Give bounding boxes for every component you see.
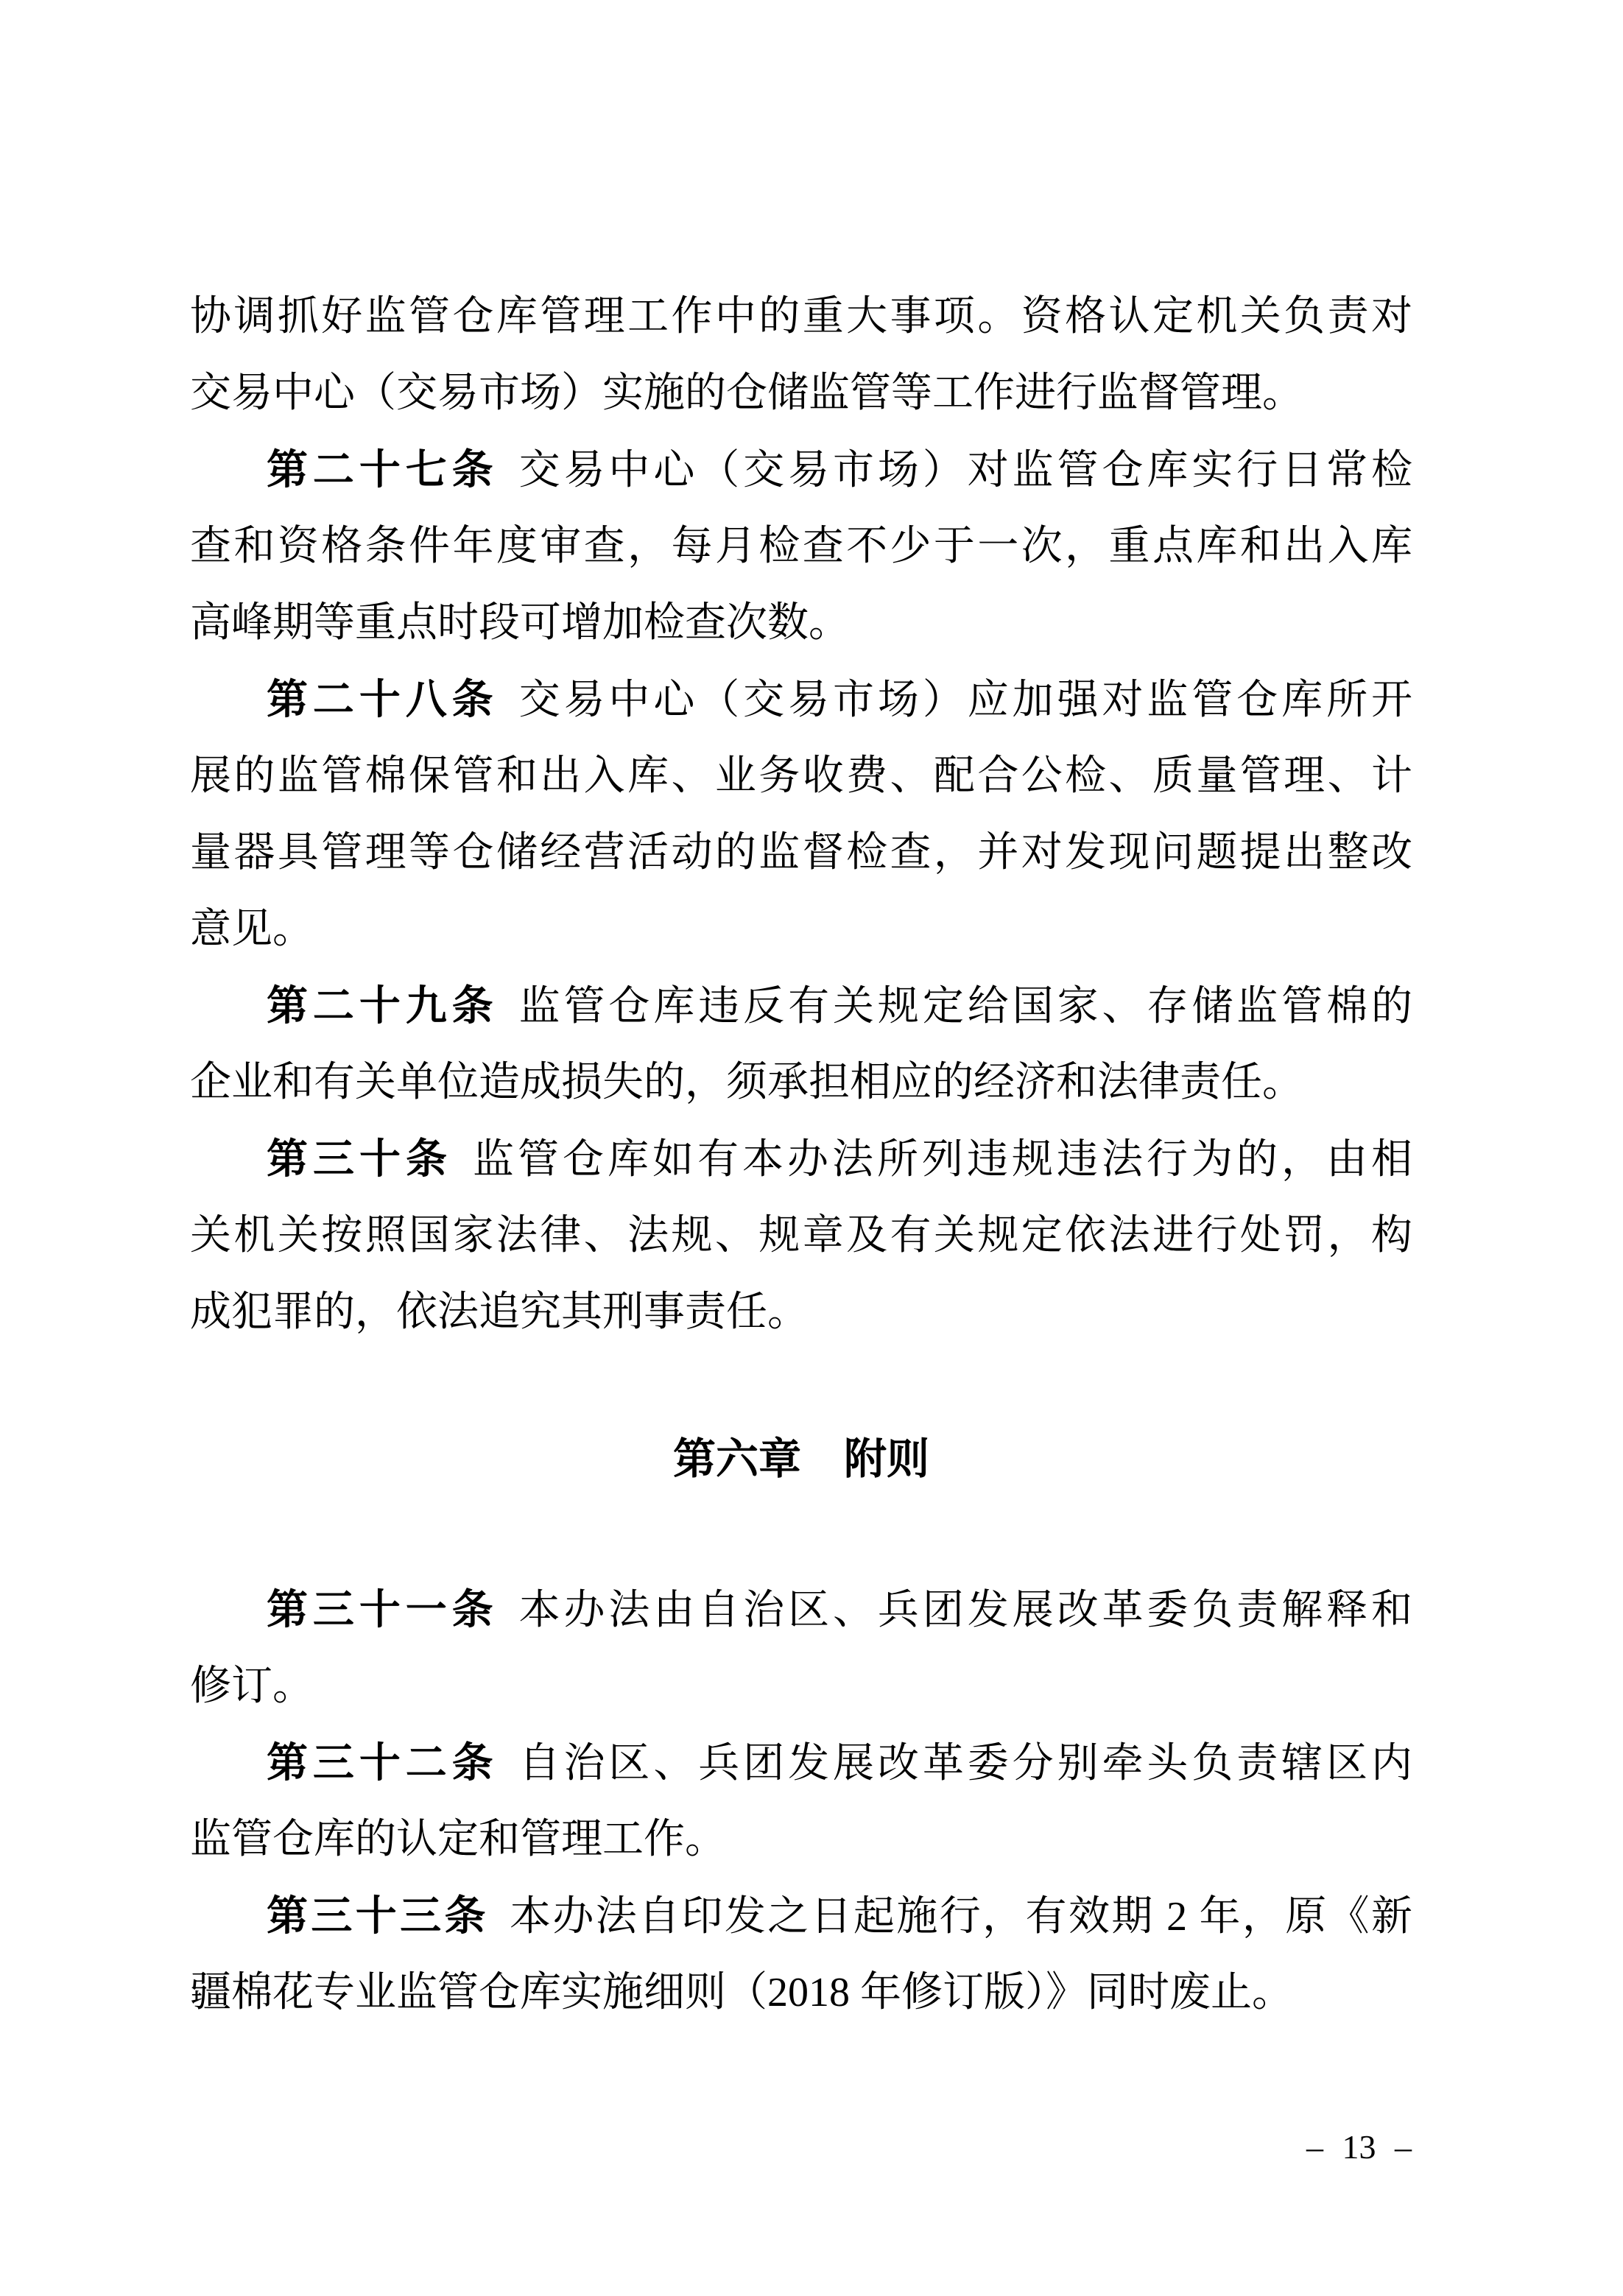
document-body: 协调抓好监管仓库管理工作中的重大事项。资格认定机关负责对交易中心（交易市场）实施… [190, 278, 1412, 2031]
body-line: 监管仓库的认定和管理工作。 [190, 1801, 1412, 1878]
article-first-line: 第二十七条交易中心（交易市场）对监管仓库实行日常检 [190, 432, 1412, 508]
article-number-label: 第三十三条 [267, 1892, 489, 1939]
article-first-line: 第三十三条本办法自印发之日起施行，有效期 2 年，原《新 [190, 1878, 1412, 1954]
page-number: – 13 – [1306, 2124, 1412, 2171]
body-line: 关机关按照国家法律、法规、规章及有关规定依法进行处罚，构 [190, 1197, 1412, 1274]
article-first-line: 第三十一条本办法由自治区、兵团发展改革委负责解释和 [190, 1571, 1412, 1648]
body-line: 交易中心（交易市场）实施的仓储监管等工作进行监督管理。 [190, 355, 1412, 432]
body-line: 修订。 [190, 1648, 1412, 1725]
document-page: 协调抓好监管仓库管理工作中的重大事项。资格认定机关负责对交易中心（交易市场）实施… [0, 0, 1623, 2296]
article-number-label: 第二十七条 [267, 446, 499, 493]
article-number-label: 第三十一条 [267, 1586, 499, 1633]
article-first-line: 第二十九条监管仓库违反有关规定给国家、存储监管棉的 [190, 968, 1412, 1044]
body-line: 疆棉花专业监管仓库实施细则（2018 年修订版）》同时废止。 [190, 1954, 1412, 2031]
body-line: 高峰期等重点时段可增加检查次数。 [190, 585, 1412, 661]
body-line: 量器具管理等仓储经营活动的监督检查，并对发现问题提出整改 [190, 814, 1412, 891]
article-first-line: 第三十条监管仓库如有本办法所列违规违法行为的，由相 [190, 1121, 1412, 1197]
body-line: 协调抓好监管仓库管理工作中的重大事项。资格认定机关负责对 [190, 278, 1412, 355]
body-line: 意见。 [190, 891, 1412, 968]
article-number-label: 第三十条 [267, 1135, 452, 1182]
article-number-label: 第三十二条 [267, 1739, 499, 1786]
article-first-line: 第三十二条自治区、兵团发展改革委分别牵头负责辖区内 [190, 1725, 1412, 1801]
chapter-heading: 第六章 附则 [190, 1421, 1412, 1498]
article-number-label: 第二十八条 [267, 676, 499, 722]
body-line: 展的监管棉保管和出入库、业务收费、配合公检、质量管理、计 [190, 738, 1412, 814]
body-line: 企业和有关单位造成损失的，须承担相应的经济和法律责任。 [190, 1044, 1412, 1121]
body-line: 成犯罪的，依法追究其刑事责任。 [190, 1274, 1412, 1351]
body-line: 查和资格条件年度审查，每月检查不少于一次，重点库和出入库 [190, 508, 1412, 585]
article-number-label: 第二十九条 [267, 982, 499, 1029]
article-first-line: 第二十八条交易中心（交易市场）应加强对监管仓库所开 [190, 661, 1412, 738]
